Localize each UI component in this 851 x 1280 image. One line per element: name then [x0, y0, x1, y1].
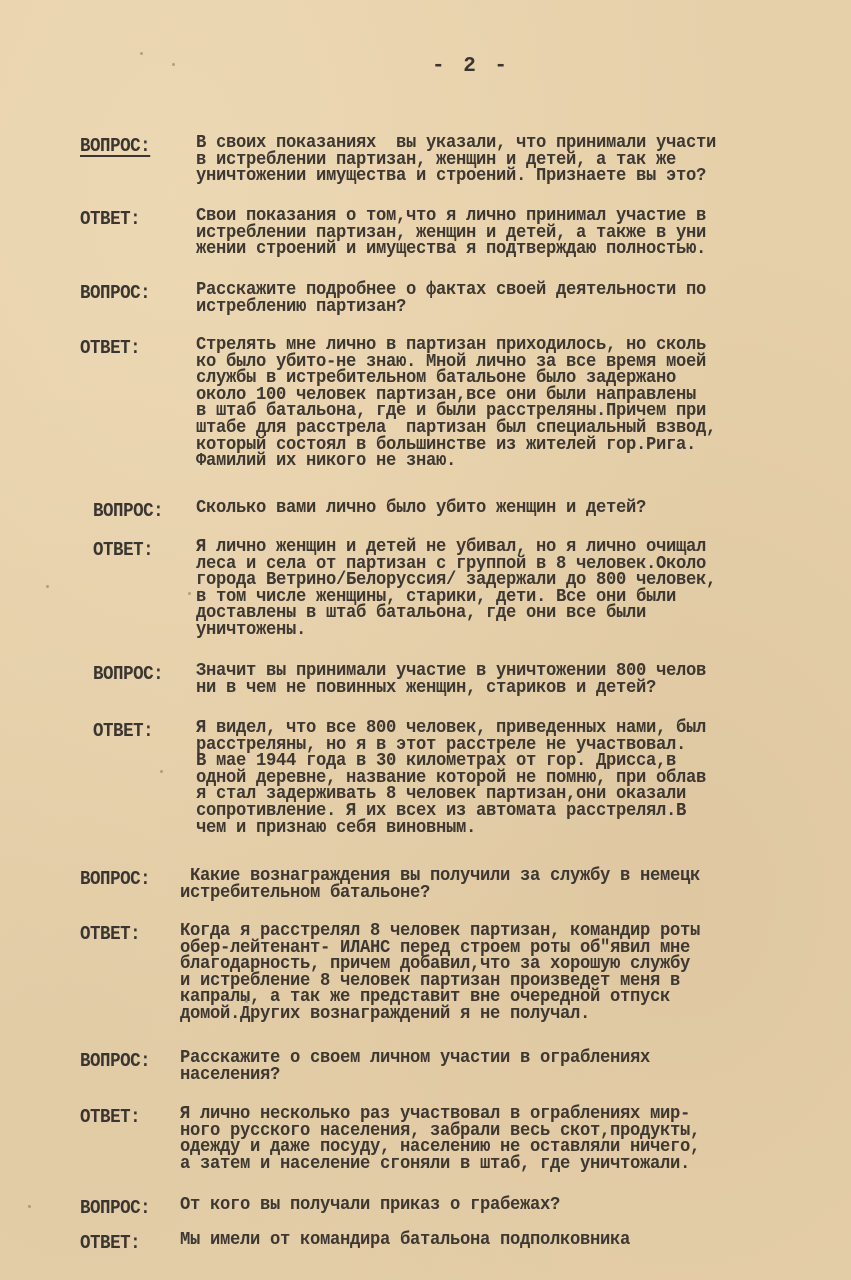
answer-text: Я лично несколько раз участвовал в ограб…: [180, 1106, 700, 1172]
answer-text: Когда я расстрелял 8 человек партизан, к…: [180, 923, 700, 1023]
paper-speck: [160, 770, 163, 773]
paper-speck: [245, 1000, 248, 1003]
answer-text: Я видел, что все 800 человек, приведенны…: [196, 720, 706, 836]
paper-speck: [46, 585, 49, 588]
answer-text: Свои показания о том,что я лично принима…: [196, 208, 706, 258]
question-text: От кого вы получали приказ о грабежах?: [180, 1197, 560, 1214]
answer-label: ОТВЕТ:: [93, 720, 153, 742]
question-label: ВОПРОС:: [80, 135, 150, 157]
question-text: Сколько вами лично было убито женщин и д…: [196, 500, 646, 517]
page-number: - 2 -: [432, 55, 510, 78]
answer-label: ОТВЕТ:: [80, 1106, 140, 1128]
typewritten-page: - 2 - ВОПРОС:В своих показаниях вы указа…: [0, 0, 851, 1280]
question-label: ВОПРОС:: [80, 1197, 150, 1219]
question-text: Значит вы принимали участие в уничтожени…: [196, 663, 706, 696]
question-text: В своих показаниях вы указали, что прини…: [196, 135, 716, 185]
question-label: ВОПРОС:: [80, 868, 150, 890]
paper-speck: [172, 63, 175, 66]
question-text: Расскажите подробнее о фактах своей деят…: [196, 282, 706, 315]
question-text: Какие вознаграждения вы получили за служ…: [180, 868, 700, 901]
answer-text: Я лично женщин и детей не убивал, но я л…: [196, 539, 716, 639]
answer-label: ОТВЕТ:: [80, 923, 140, 945]
question-label: ВОПРОС:: [80, 282, 150, 304]
answer-text: Стрелять мне лично в партизан приходилос…: [196, 337, 716, 470]
answer-label: ОТВЕТ:: [80, 1232, 140, 1254]
question-text: Расскажите о своем личном участии в огра…: [180, 1050, 650, 1083]
question-label: ВОПРОС:: [93, 663, 163, 685]
answer-label: ОТВЕТ:: [93, 539, 153, 561]
question-label: ВОПРОС:: [80, 1050, 150, 1072]
paper-speck: [140, 52, 143, 55]
paper-speck: [28, 1205, 31, 1208]
answer-text: Мы имели от командира батальона подполко…: [180, 1232, 630, 1249]
answer-label: ОТВЕТ:: [80, 337, 140, 359]
paper-speck: [188, 592, 191, 595]
question-label: ВОПРОС:: [93, 500, 163, 522]
answer-label: ОТВЕТ:: [80, 208, 140, 230]
